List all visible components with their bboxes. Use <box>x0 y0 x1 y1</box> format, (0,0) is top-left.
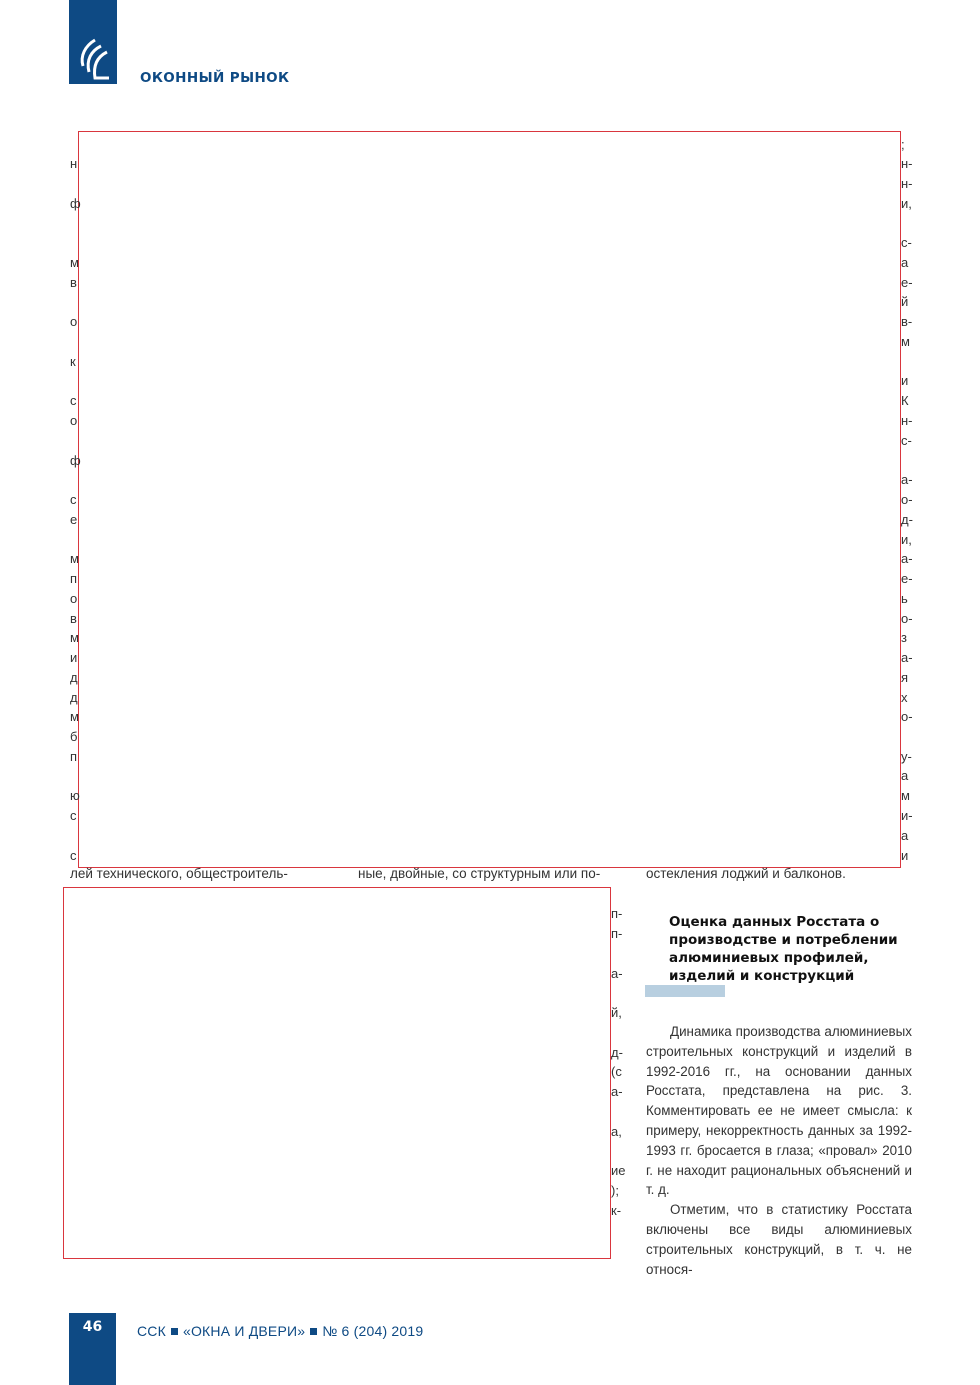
text-fragment: ие <box>611 1163 626 1178</box>
text-fragment: н- <box>901 413 913 428</box>
text-fragment: н <box>70 156 77 171</box>
text-fragment: м <box>70 551 79 566</box>
text-fragment: е- <box>901 275 913 290</box>
issue-number: № 6 (204) 2019 <box>322 1323 423 1339</box>
page-number: 46 <box>69 1319 116 1335</box>
text-fragment: о- <box>901 611 913 626</box>
text-fragment: ю <box>70 788 80 803</box>
article-paragraph: Отметим, что в статистику Росстата включ… <box>646 1200 912 1279</box>
column-2-text-line: ные, двойные, со структурным или по- <box>358 866 600 881</box>
text-fragment: а- <box>901 472 913 487</box>
text-fragment: з <box>901 630 907 645</box>
text-fragment: а, <box>611 1124 622 1139</box>
text-fragment: ь <box>901 591 908 606</box>
text-fragment: о- <box>901 709 913 724</box>
text-fragment: в <box>70 275 77 290</box>
text-fragment: К <box>901 393 909 408</box>
text-fragment: а- <box>611 966 623 981</box>
text-fragment: п- <box>611 906 622 921</box>
text-fragment: с- <box>901 235 912 250</box>
text-fragment: д- <box>901 512 913 527</box>
text-fragment: й, <box>611 1005 622 1020</box>
text-fragment: о <box>70 413 77 428</box>
text-fragment: (с <box>611 1064 622 1079</box>
article-heading: Оценка данных Росстата о производстве и … <box>669 913 914 985</box>
text-fragment: а- <box>611 1084 623 1099</box>
text-fragment: е <box>70 512 77 527</box>
text-fragment: о <box>70 591 77 606</box>
text-fragment: м <box>901 334 910 349</box>
column-3-text-line: остекления лоджий и балконов. <box>646 866 846 881</box>
text-fragment: у- <box>901 749 912 764</box>
text-fragment: б <box>70 729 77 744</box>
square-bullet-icon <box>171 1328 178 1335</box>
text-fragment: ); <box>611 1183 619 1198</box>
text-fragment: и <box>901 848 908 863</box>
article-paragraph: Динамика производства алюминиевых строит… <box>646 1022 912 1200</box>
text-fragment: п <box>70 571 77 586</box>
section-title: ОКОННЫЙ РЫНОК <box>140 70 289 86</box>
footer-publication: ССК«ОКНА И ДВЕРИ»№ 6 (204) 2019 <box>137 1323 423 1339</box>
text-fragment: м <box>70 255 79 270</box>
article-body: Динамика производства алюминиевых строит… <box>646 1022 912 1279</box>
text-fragment: п <box>70 749 77 764</box>
text-fragment: и, <box>901 532 912 547</box>
text-fragment: а- <box>901 551 913 566</box>
footer-page-block: 46 <box>69 1313 116 1385</box>
text-fragment: к <box>70 354 76 369</box>
publication-name: ССК <box>137 1323 166 1339</box>
text-fragment: о <box>70 314 77 329</box>
text-fragment: м <box>70 630 79 645</box>
text-fragment: м <box>70 709 79 724</box>
text-fragment: е- <box>901 571 913 586</box>
text-fragment: д- <box>611 1045 623 1060</box>
text-fragment: и, <box>901 196 912 211</box>
text-fragment: в <box>70 611 77 626</box>
text-fragment: х <box>901 690 908 705</box>
text-fragment: с <box>70 848 77 863</box>
square-bullet-icon <box>310 1328 317 1335</box>
text-fragment: с <box>70 492 77 507</box>
text-fragment: с <box>70 808 77 823</box>
text-fragment: м <box>901 788 910 803</box>
text-fragment: н- <box>901 156 913 171</box>
heading-accent-bar <box>645 985 725 997</box>
text-fragment: ; <box>901 137 905 152</box>
text-fragment: ф <box>70 453 81 468</box>
text-fragment: а- <box>901 650 913 665</box>
text-fragment: о- <box>901 492 913 507</box>
text-fragment: в- <box>901 314 912 329</box>
magazine-title: «ОКНА И ДВЕРИ» <box>183 1323 305 1339</box>
column-1-text-line: лей технического, общестроитель- <box>70 866 288 881</box>
text-fragment: д <box>70 690 78 705</box>
text-fragment: к- <box>611 1203 621 1218</box>
text-fragment: и- <box>901 808 913 823</box>
text-fragment: а <box>901 255 908 270</box>
text-fragment: с <box>70 393 77 408</box>
text-fragment: п- <box>611 926 622 941</box>
text-fragment: с- <box>901 433 912 448</box>
redacted-region-2 <box>63 887 611 1259</box>
text-fragment: и <box>901 373 908 388</box>
text-fragment: ф <box>70 196 81 211</box>
redacted-region-1 <box>78 131 901 868</box>
text-fragment: я <box>901 670 908 685</box>
text-fragment: й <box>901 294 908 309</box>
text-fragment: а <box>901 828 908 843</box>
text-fragment: и <box>70 650 77 665</box>
text-fragment: а <box>901 768 908 783</box>
text-fragment: н- <box>901 176 913 191</box>
header-logo-block <box>69 0 117 84</box>
text-fragment: д <box>70 670 78 685</box>
swoosh-logo-icon <box>75 38 111 80</box>
